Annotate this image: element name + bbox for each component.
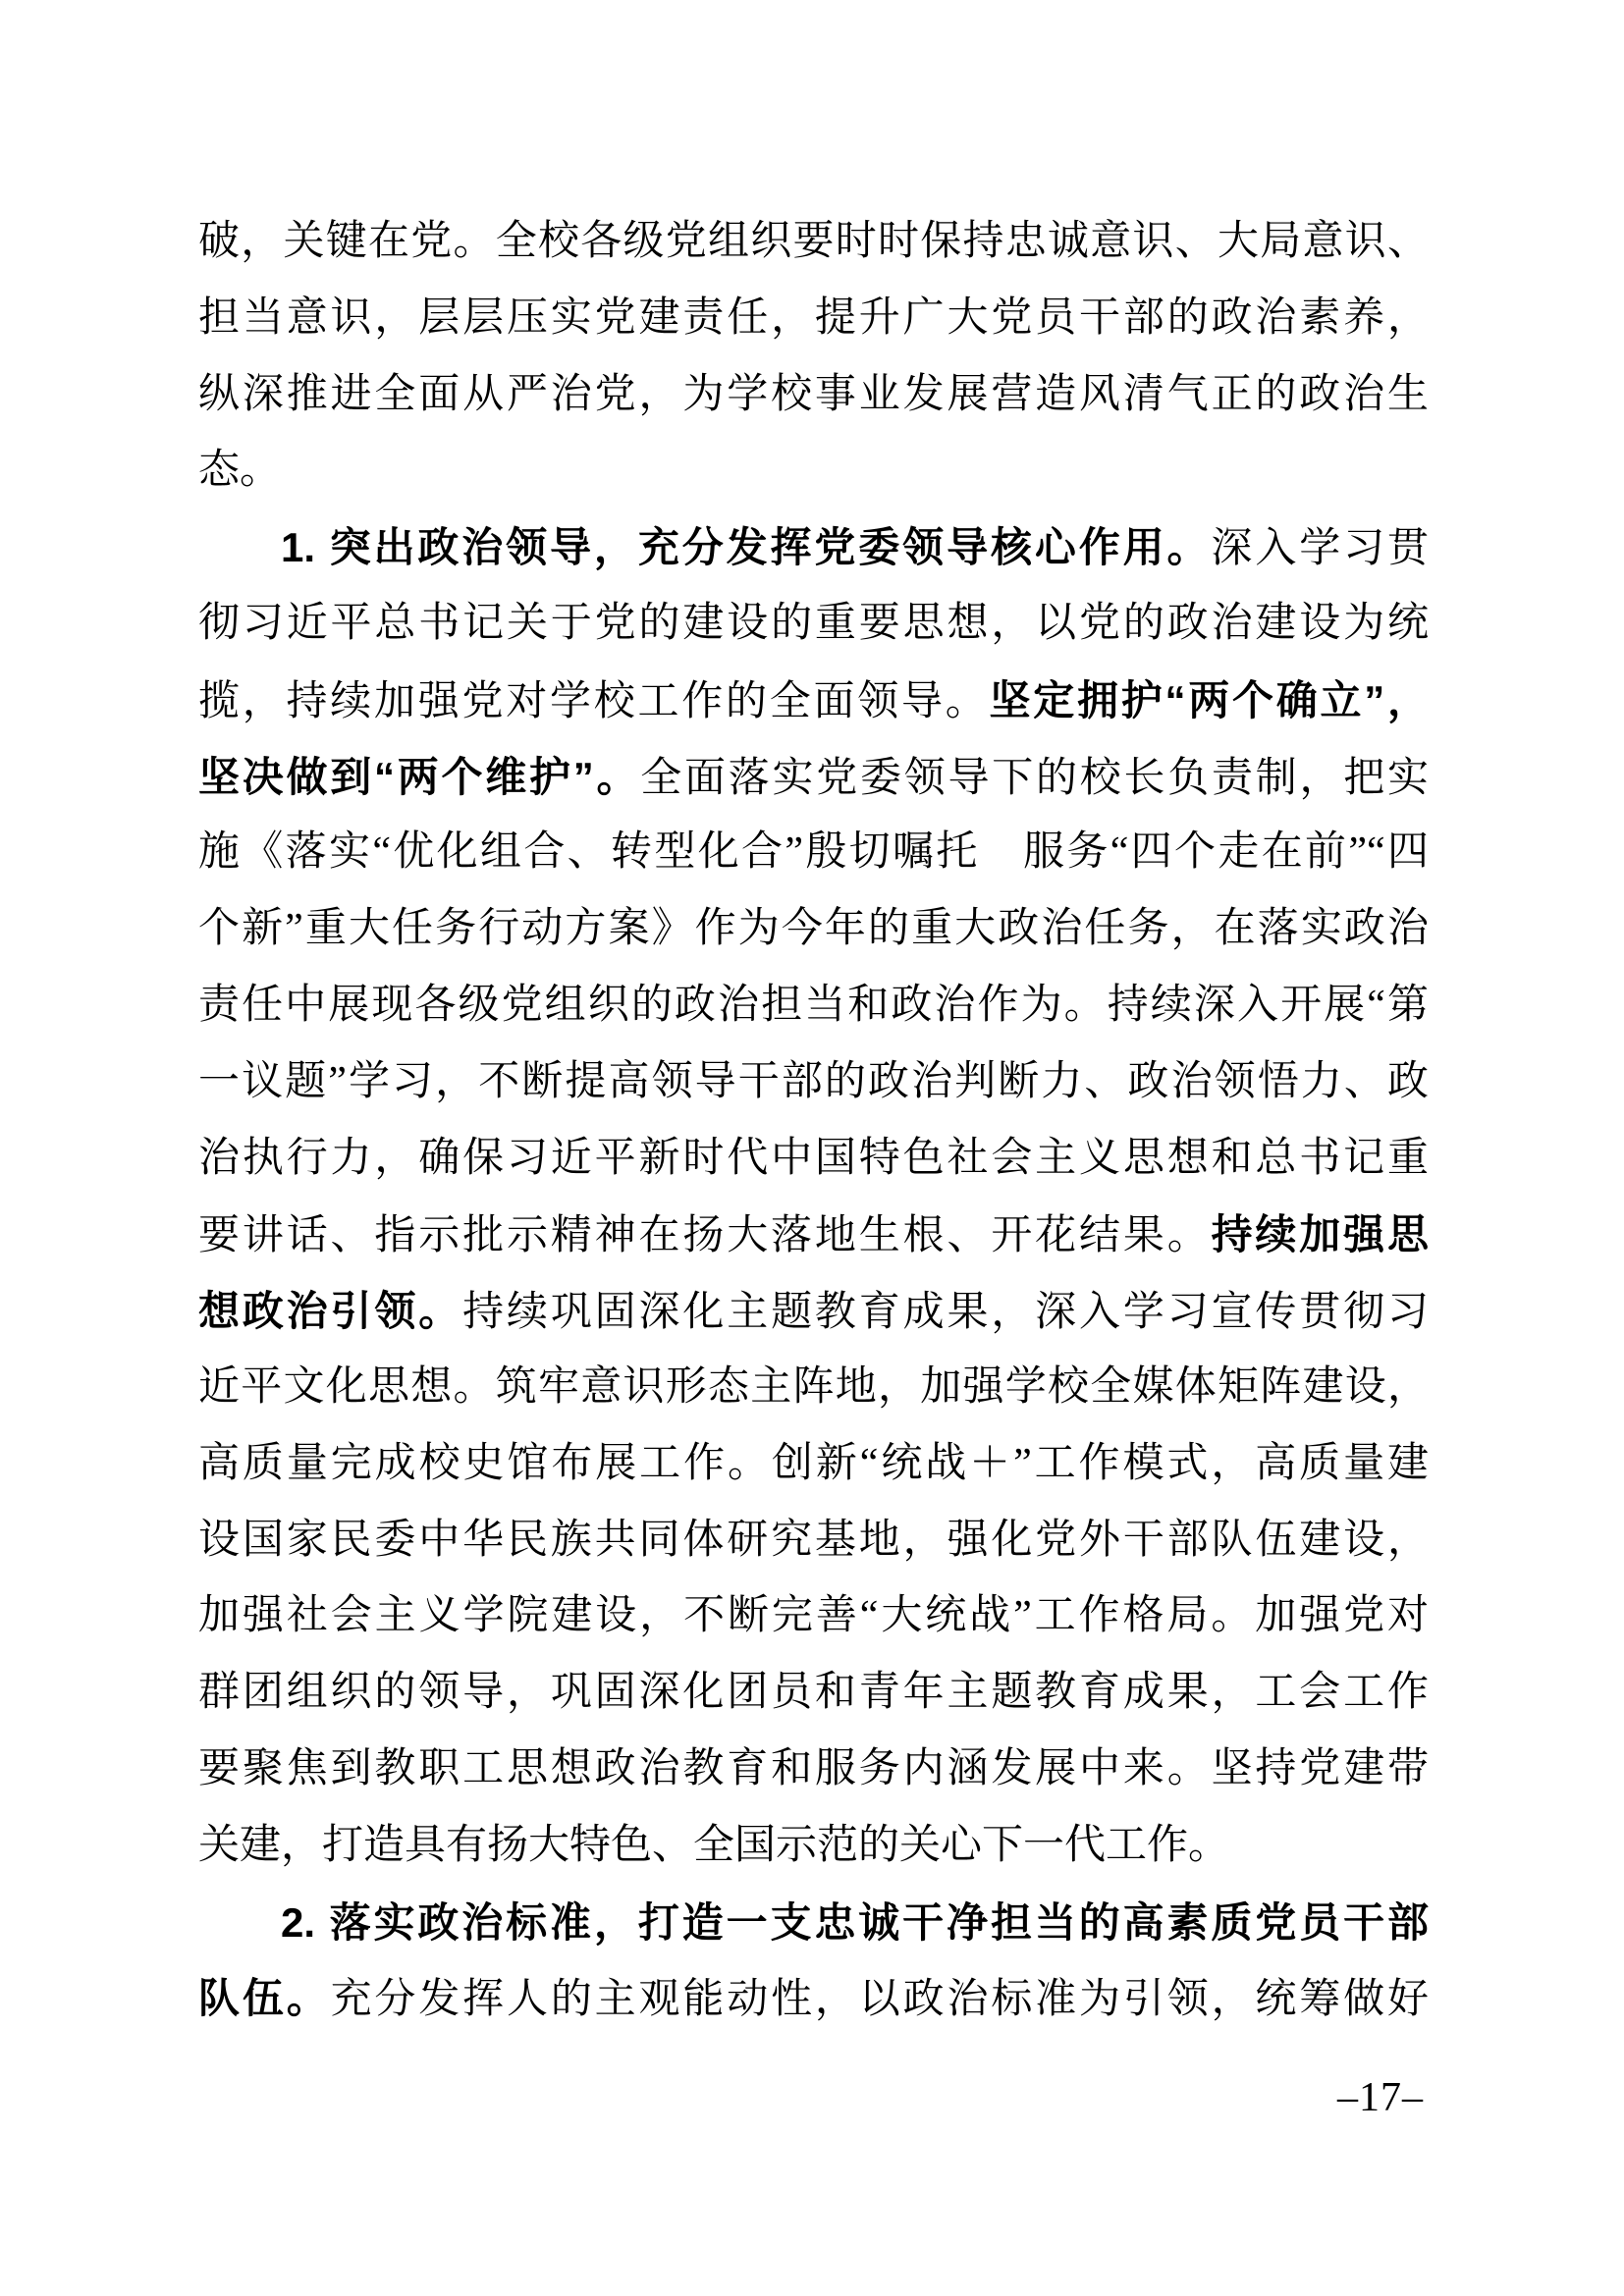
- text-line: 彻习近平总书记关于党的建设的重要思想，以党的政治建设为统: [198, 586, 1429, 663]
- text-line: 施《落实“优化组合、转型化合”殷切嘱托 服务“四个走在前”“四: [198, 815, 1429, 891]
- body-text: 担当意识，层层压实党建责任，提升广大党员干部的政治素养，: [198, 295, 1429, 341]
- text-line: 坚决做到“两个维护”。全面落实党委领导下的校长负责制，把实: [198, 739, 1429, 816]
- text-line: 2. 落实政治标准，打造一支忠诚干净担当的高素质党员干部: [198, 1885, 1429, 1961]
- text-line: 一议题”学习，不断提高领导干部的政治判断力、政治领悟力、政: [198, 1044, 1429, 1121]
- body-text: 治执行力，确保习近平新时代中国特色社会主义思想和总书记重: [198, 1136, 1429, 1181]
- body-text: 持续巩固深化主题教育成果，深入学习宣传贯彻习: [462, 1290, 1429, 1335]
- text-line: 队伍。充分发挥人的主观能动性，以政治标准为引领，统筹做好: [198, 1960, 1429, 2037]
- emphasis-text: 队伍。: [198, 1975, 331, 2021]
- emphasis-text: 想政治引领。: [198, 1288, 462, 1334]
- body-text: 破，关键在党。全校各级党组织要时时保持忠诚意识、大局意识、: [198, 219, 1429, 264]
- text-line: 要讲话、指示批示精神在扬大落地生根、开花结果。持续加强思: [198, 1197, 1429, 1273]
- body-text: 纵深推进全面从严治党，为学校事业发展营造风清气正的政治生: [198, 372, 1429, 417]
- body-text: 群团组织的领导，巩固深化团员和青年主题教育成果，工会工作: [198, 1670, 1429, 1715]
- document-page: 破，关键在党。全校各级党组织要时时保持忠诚意识、大局意识、担当意识，层层压实党建…: [0, 0, 1624, 2296]
- body-text: 责任中展现各级党组织的政治担当和政治作为。持续深入开展“第: [198, 983, 1429, 1028]
- body-text: 近平文化思想。筑牢意识形态主阵地，加强学校全媒体矩阵建设，: [198, 1364, 1429, 1410]
- body-text: 一议题”学习，不断提高领导干部的政治判断力、政治领悟力、政: [198, 1059, 1429, 1104]
- text-line: 想政治引领。持续巩固深化主题教育成果，深入学习宣传贯彻习: [198, 1273, 1429, 1350]
- body-text: 关建，打造具有扬大特色、全国示范的关心下一代工作。: [198, 1823, 1229, 1868]
- body-text: 设国家民委中华民族共同体研究基地，强化党外干部队伍建设，: [198, 1518, 1429, 1563]
- text-line: 设国家民委中华民族共同体研究基地，强化党外干部队伍建设，: [198, 1503, 1429, 1579]
- body-text: 要聚焦到教职工思想政治教育和服务内涵发展中来。坚持党建带: [198, 1746, 1429, 1791]
- emphasis-text: 坚定拥护“两个确立”，: [989, 677, 1429, 723]
- text-line: 责任中展现各级党组织的政治担当和政治作为。持续深入开展“第: [198, 968, 1429, 1044]
- text-line: 高质量完成校史馆布展工作。创新“统战＋”工作模式，高质量建: [198, 1426, 1429, 1503]
- text-line: 破，关键在党。全校各级党组织要时时保持忠诚意识、大局意识、: [198, 204, 1429, 281]
- emphasis-text: 1. 突出政治领导，充分发挥党委领导核心作用。: [281, 524, 1211, 570]
- emphasis-text: 2. 落实政治标准，打造一支忠诚干净担当的高素质党员干部: [281, 1899, 1429, 1946]
- text-line: 加强社会主义学院建设，不断完善“大统战”工作格局。加强党对: [198, 1578, 1429, 1655]
- text-line: 群团组织的领导，巩固深化团员和青年主题教育成果，工会工作: [198, 1655, 1429, 1732]
- text-line: 近平文化思想。筑牢意识形态主阵地，加强学校全媒体矩阵建设，: [198, 1350, 1429, 1426]
- page-number: –17–: [1337, 2073, 1424, 2122]
- text-line: 关建，打造具有扬大特色、全国示范的关心下一代工作。: [198, 1808, 1429, 1885]
- body-text: 个新”重大任务行动方案》作为今年的重大政治任务，在落实政治: [198, 906, 1429, 951]
- text-line: 治执行力，确保习近平新时代中国特色社会主义思想和总书记重: [198, 1121, 1429, 1198]
- body-text: 施《落实“优化组合、转型化合”殷切嘱托 服务“四个走在前”“四: [198, 829, 1429, 875]
- body-text: 充分发挥人的主观能动性，以政治标准为引领，统筹做好: [331, 1977, 1429, 2022]
- text-line: 揽，持续加强党对学校工作的全面领导。坚定拥护“两个确立”，: [198, 663, 1429, 739]
- text-line: 要聚焦到教职工思想政治教育和服务内涵发展中来。坚持党建带: [198, 1732, 1429, 1808]
- body-text: 态。: [198, 448, 281, 493]
- body-text: 全面落实党委领导下的校长负责制，把实: [640, 756, 1429, 801]
- body-text: 深入学习贯: [1211, 526, 1429, 571]
- body-text: 揽，持续加强党对学校工作的全面领导。: [198, 679, 989, 724]
- emphasis-text: 坚决做到“两个维护”。: [198, 754, 640, 800]
- body-text: 高质量完成校史馆布展工作。创新“统战＋”工作模式，高质量建: [198, 1441, 1429, 1486]
- text-line: 个新”重大任务行动方案》作为今年的重大政治任务，在落实政治: [198, 891, 1429, 968]
- body-text: 彻习近平总书记关于党的建设的重要思想，以党的政治建设为统: [198, 601, 1429, 646]
- text-line: 纵深推进全面从严治党，为学校事业发展营造风清气正的政治生: [198, 357, 1429, 434]
- body-text: 加强社会主义学院建设，不断完善“大统战”工作格局。加强党对: [198, 1593, 1429, 1638]
- text-line: 1. 突出政治领导，充分发挥党委领导核心作用。深入学习贯: [198, 509, 1429, 586]
- text-line: 态。: [198, 433, 1429, 509]
- emphasis-text: 持续加强思: [1212, 1211, 1429, 1257]
- body-text: 要讲话、指示批示精神在扬大落地生根、开花结果。: [198, 1213, 1212, 1258]
- text-line: 担当意识，层层压实党建责任，提升广大党员干部的政治素养，: [198, 281, 1429, 357]
- document-body: 破，关键在党。全校各级党组织要时时保持忠诚意识、大局意识、担当意识，层层压实党建…: [198, 204, 1429, 2037]
